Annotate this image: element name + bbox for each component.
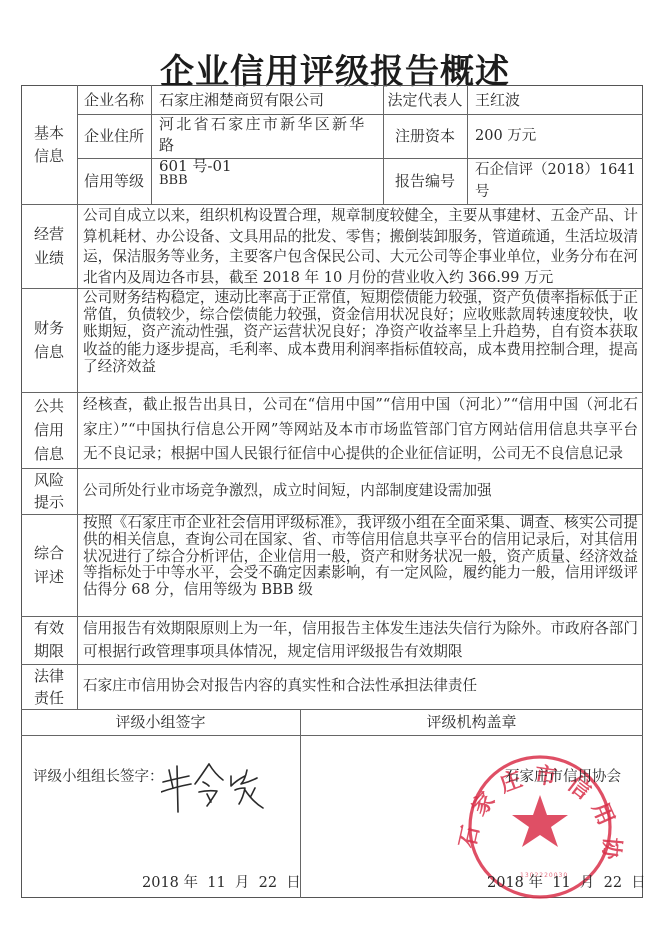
section-label-finance: 财务 信息 (21, 288, 77, 392)
address-label: 企业住所 (77, 114, 151, 158)
capital-label: 注册资本 (383, 114, 467, 158)
section-text-summary: 按照《石家庄市企业社会信用评级标准》，我评级小组在全面采集、调查、核实公司提供的… (77, 515, 643, 616)
section-text-business: 公司自成立以来，组织机构设置合理，规章制度较健全，主要从事建材、五金产品、计算机… (77, 206, 643, 288)
section-label-basic: 基本信息 (21, 85, 77, 204)
legal-rep-value: 王红波 (467, 85, 643, 114)
legal-rep-label: 法定代表人 (383, 85, 467, 114)
company-name-label: 企业名称 (77, 85, 151, 114)
section-text-legal: 石家庄市信用协会对报告内容的真实性和合法性承担法律责任 (77, 664, 643, 709)
credit-rating-value: BBB (151, 158, 383, 204)
address-value: 河北省石家庄市新华区新华路 601 号-01 (151, 114, 383, 158)
org-name: 石家庄市信用协会 (505, 766, 621, 788)
row-divider (21, 735, 643, 736)
team-leader-signature-label: 评级小组组长签字： (33, 766, 164, 788)
company-name-value: 石家庄湘楚商贸有限公司 (151, 85, 383, 114)
credit-rating-label: 信用等级 (77, 158, 151, 204)
team-signature-header: 评级小组签字 (21, 709, 300, 735)
team-signature-date: 2018 年 11 月 22 日 (142, 872, 301, 894)
section-label-business: 经营 业绩 (21, 204, 77, 288)
section-label-risk: 风险 提示 (21, 468, 77, 514)
org-seal-date: 2018 年 11 月 22 日 (487, 872, 646, 894)
seal-star-icon (512, 795, 568, 847)
section-label-legal: 法律 责任 (21, 664, 77, 709)
section-text-finance: 公司财务结构稳定，速动比率高于正常值，短期偿债能力较强，资产负债率指标低于正常值… (77, 289, 643, 392)
section-label-summary: 综合 评述 (21, 514, 77, 616)
handwritten-signature (161, 762, 271, 822)
section-text-risk: 公司所处行业市场竞争激烈，成立时间短，内部制度建设需加强 (77, 468, 643, 514)
section-label-validity: 有效 期限 (21, 616, 77, 664)
col-divider (300, 709, 301, 898)
capital-value: 200 万元 (467, 114, 643, 158)
section-label-public-credit: 公共 信用 信息 (21, 392, 77, 468)
section-text-public-credit: 经核查，截止报告出具日，公司在“信用中国”“信用中国（河北）”“信用中国（河北石… (77, 393, 643, 468)
report-no-value: 石企信评（2018）1641 号 (467, 158, 643, 204)
section-text-validity: 信用报告有效期限原则上为一年，信用报告主体发生违法失信行为除外。市政府各部门可根… (77, 617, 643, 664)
row-divider (21, 204, 643, 205)
org-seal-header: 评级机构盖章 (300, 709, 643, 735)
report-no-label: 报告编号 (383, 158, 467, 204)
